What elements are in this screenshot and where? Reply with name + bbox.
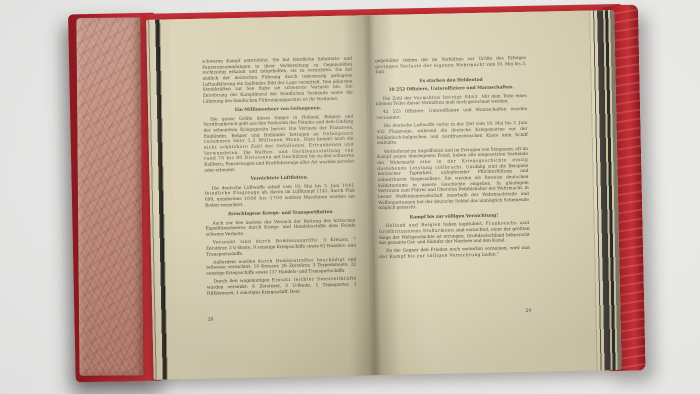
section-heading: Kampf bis zur völligen Vernichtung! (378, 213, 529, 222)
body-paragraph: Versenkt sind durch Bombenangriffe: 5 Kr… (206, 238, 356, 258)
body-paragraph: Wetteifernd im Angriffsmut und im Ertrag… (377, 146, 529, 212)
body-paragraph: Die deutsche Luftwaffe verlor in der Zei… (376, 121, 527, 147)
section-heading: Es starben den Heldentod (375, 77, 526, 86)
section-heading: 10 252 Offiziere, Unteroffiziere und Man… (376, 85, 527, 94)
photo-backdrop: schweren Kampf unterstützt. Sie hat fein… (0, 0, 700, 394)
body-paragraph: Auch zur See kostete der Versuch der Ret… (205, 218, 355, 238)
left-page: schweren Kampf unterstützt. Sie hat fein… (170, 15, 373, 379)
rose-endpaper (76, 17, 143, 376)
section-heading: Ein Millionenheer von Gefangenen. (203, 106, 353, 115)
section-heading: Vernichtete Luftflotten. (205, 175, 355, 184)
body-paragraph: Durch den wagemutigen Einsatz leichter S… (207, 277, 357, 297)
body-paragraph: gegenüber stehen die im Verhältnis zur G… (375, 56, 526, 76)
body-paragraph: Die ganze Größe dieses Sieges in Holland… (203, 114, 354, 174)
left-page-number: 28 (207, 318, 213, 323)
page-block: schweren Kampf unterstützt. Sie hat fein… (146, 10, 621, 380)
right-page-text: gegenüber stehen die im Verhältnis zur G… (375, 56, 530, 263)
body-paragraph: 42 523 Offiziere, Unteroffiziere und Man… (376, 107, 527, 122)
left-page-text: schweren Kampf unterstützt. Sie hat fein… (202, 57, 357, 300)
open-book: schweren Kampf unterstützt. Sie hat fein… (0, 0, 700, 394)
body-paragraph: Da die Gegner den Frieden noch weiterhin… (379, 246, 530, 261)
body-paragraph: schweren Kampf unterstützt. Sie hat fein… (202, 57, 353, 106)
section-heading: Zerschlagene Kriegs- und Transportflotte… (205, 210, 355, 219)
body-paragraph: Die Zahl der Vermißten beträgt 8463. Mit… (376, 94, 527, 109)
body-paragraph: Außerdem wurden durch Bombentreffer besc… (206, 257, 356, 277)
right-page-number: 29 (525, 309, 531, 314)
body-paragraph: Die deutsche Luftwaffe schoß vom 10. Mai… (205, 183, 355, 209)
body-paragraph: Holland und Belgien haben kapituliert, F… (379, 221, 530, 247)
right-page: gegenüber stehen die im Verhältnis zur G… (366, 11, 596, 376)
